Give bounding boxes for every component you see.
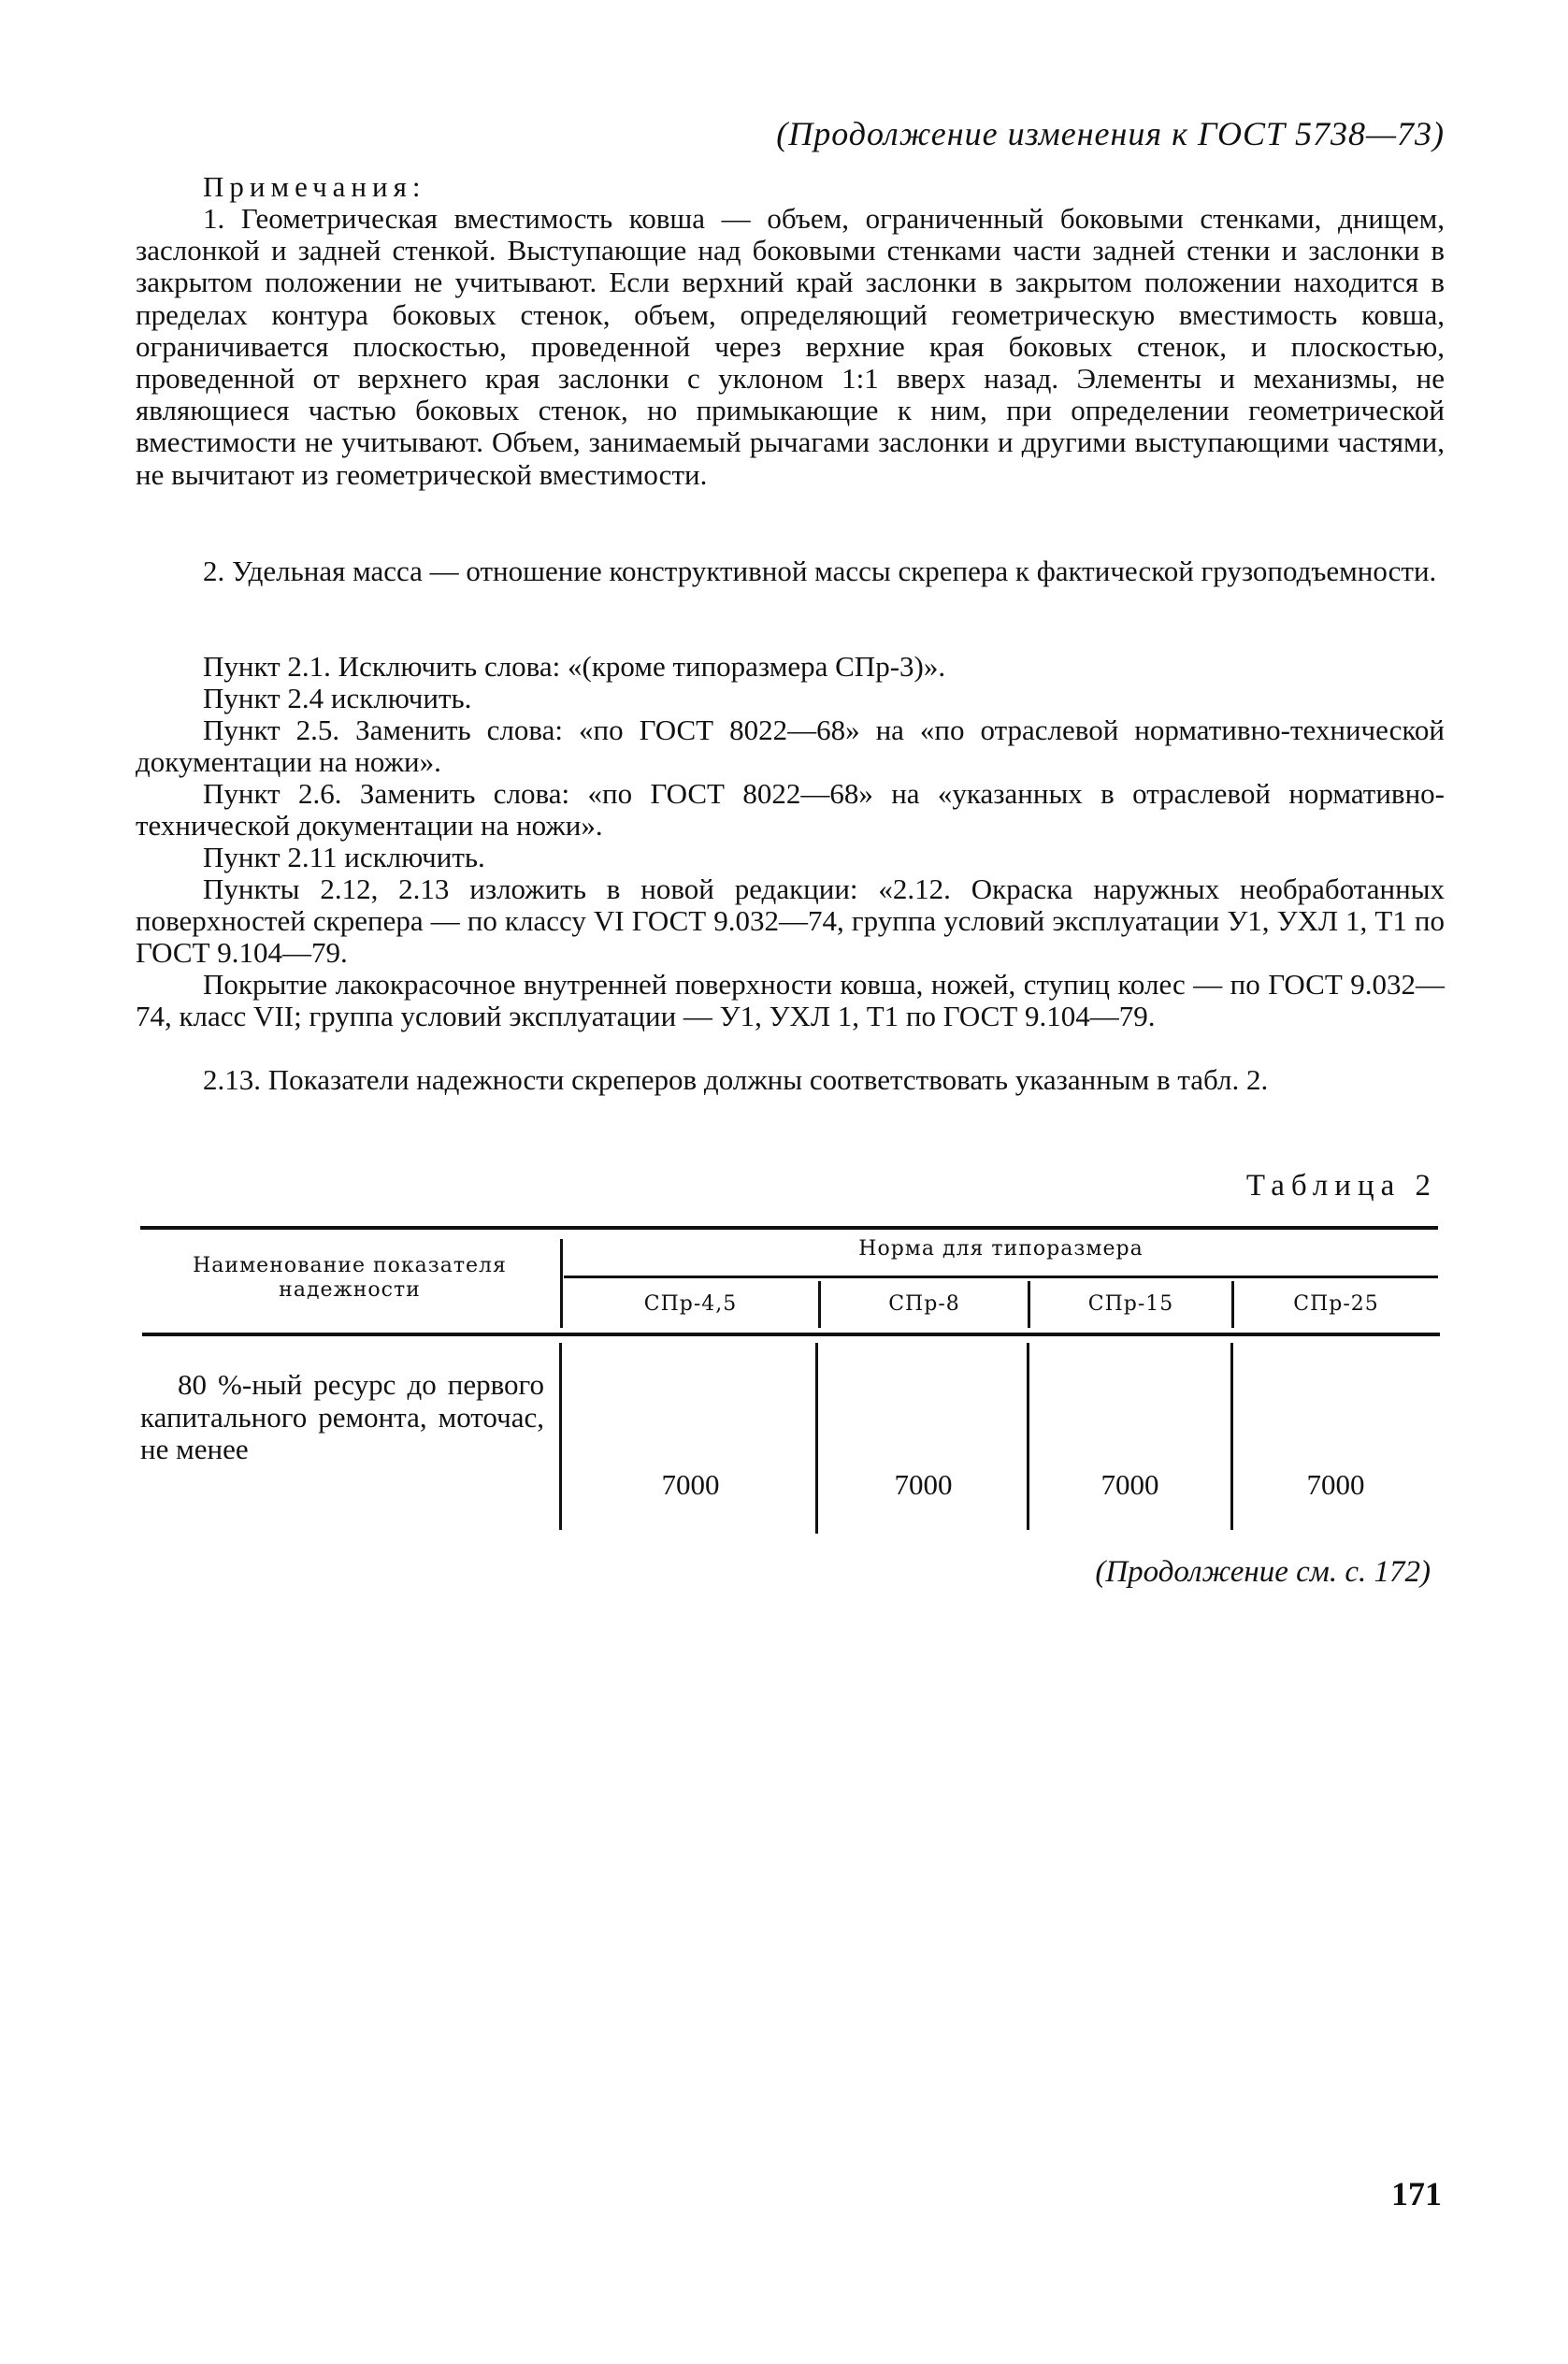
table-row-label: 80 %-ный ресурс до первого капитального … [140,1369,544,1466]
table-cell-value: 7000 [1233,1468,1438,1502]
page-number: 171 [1391,2174,1442,2213]
continuation-note: (Продолжение см. с. 172) [935,1555,1431,1590]
amendment-item: Пункт 2.4 исключить. [136,683,1445,714]
amendment-item: Пункт 2.1. Исключить слова: «(кроме типо… [136,651,1445,683]
header-column: СПр-4,5 [563,1292,818,1317]
amendment-item: Покрытие лакокрасочное внутренней поверх… [136,969,1445,1032]
running-header: (Продолжение изменения к ГОСТ 5738—73) [561,114,1445,153]
amendment-item: 2.13. Показатели надежности скреперов до… [136,1064,1445,1096]
note-item-2: 2. Удельная масса — отношение конструкти… [136,555,1445,587]
column-divider [815,1343,818,1534]
table-cell-value: 7000 [563,1468,818,1502]
column-divider [559,1343,562,1530]
note-item-1: 1. Геометрическая вместимость ковша — об… [136,203,1445,491]
amendment-item: Пункт 2.5. Заменить слова: «по ГОСТ 8022… [136,714,1445,778]
header-column: СПр-25 [1234,1292,1438,1317]
header-bottom-rule [142,1333,1440,1336]
header-column: СПр-15 [1030,1292,1231,1317]
table-cell-value: 7000 [819,1468,1028,1502]
header-norm-group: Норма для типоразмера [564,1237,1438,1261]
column-divider [1027,1343,1029,1530]
amendment-item: Пункт 2.11 исключить. [136,842,1445,873]
header-indicator-name: Наименование показателя надежности [140,1254,559,1303]
table-cell-value: 7000 [1029,1468,1230,1502]
notes-title: Примечания: [136,171,1445,203]
table-title: Таблица 2 [1246,1169,1437,1204]
column-divider [1230,1343,1233,1530]
amendment-item: Пункты 2.12, 2.13 изложить в новой редак… [136,873,1445,970]
header-column: СПр-8 [821,1292,1028,1317]
table-top-rule [140,1226,1438,1230]
group-header-rule [564,1276,1438,1278]
amendment-item: Пункт 2.6. Заменить слова: «по ГОСТ 8022… [136,778,1445,842]
